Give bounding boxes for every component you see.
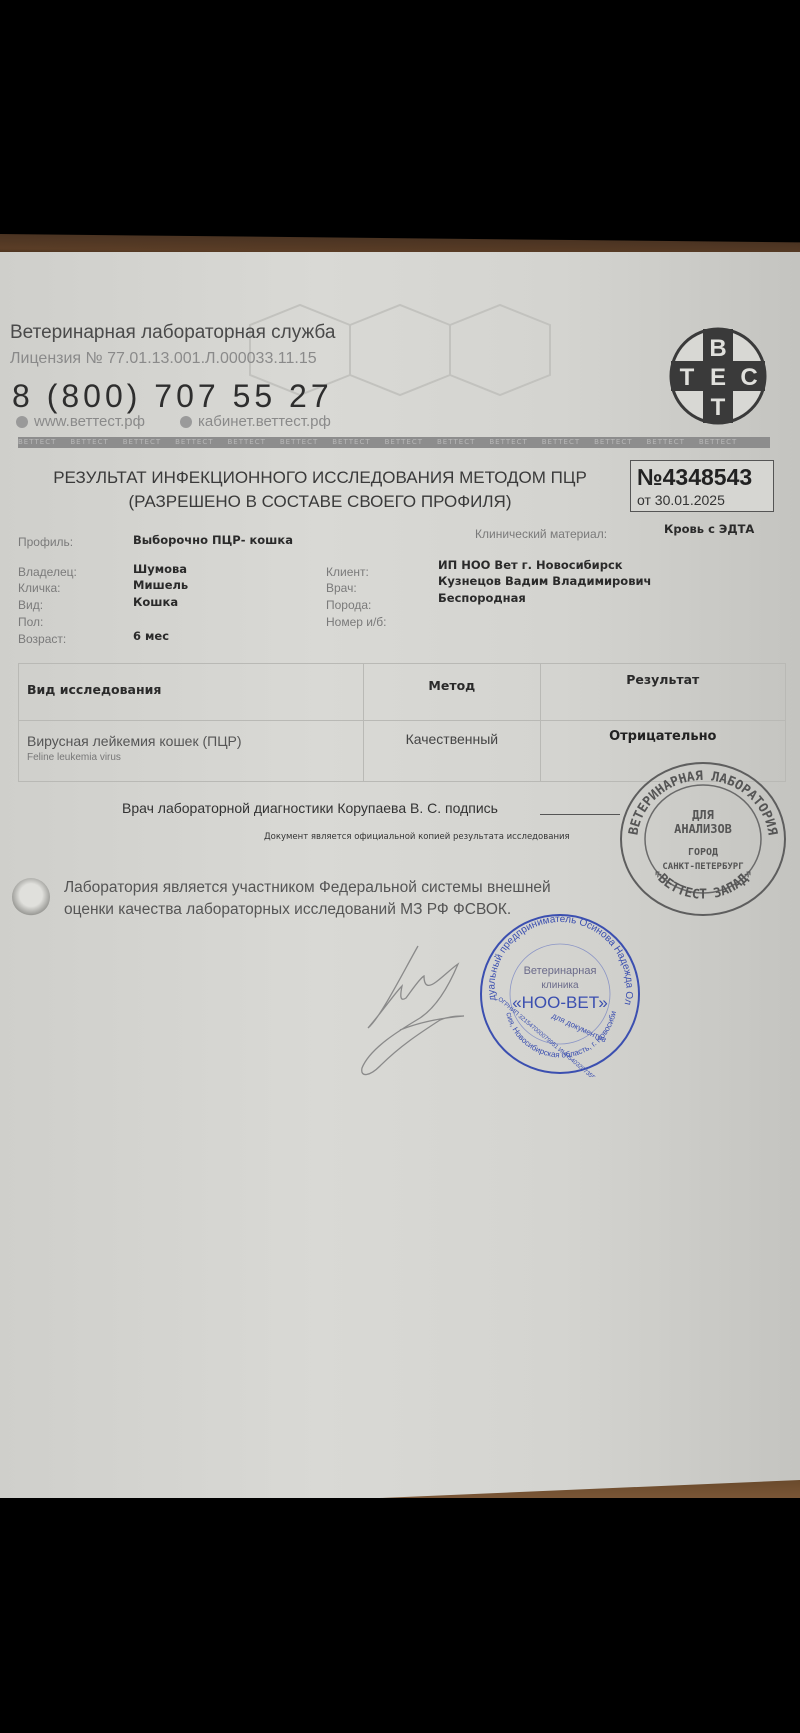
clinic-stamp: Индивидуальный предприниматель Осинова Н…	[478, 912, 643, 1077]
patient-field-value: Шумова	[133, 562, 187, 576]
banner-word: ВЕТТЕСТ	[385, 438, 423, 446]
patient-field-label: Вид:	[18, 598, 43, 612]
patient-field-label: Клиент:	[326, 565, 369, 579]
patient-field-label: Врач:	[326, 581, 357, 595]
official-copy-note: Документ является официальной копией рез…	[264, 832, 570, 842]
method-cell: Качественный	[364, 721, 540, 782]
website-text: www.веттест.рф	[34, 413, 145, 430]
material-label: Клинический материал:	[475, 527, 607, 541]
lab-stamp-center2: АНАЛИЗОВ	[674, 822, 732, 836]
patient-field-label: Пол:	[18, 615, 43, 629]
banner-word: ВЕТТЕСТ	[699, 438, 737, 446]
patient-field-value: 6 мес	[133, 629, 169, 643]
signature-line	[540, 814, 620, 815]
website-link[interactable]: www.веттест.рф	[16, 413, 145, 430]
report-number: №4348543	[637, 464, 752, 491]
patient-field-value: Кошка	[133, 595, 178, 609]
study-cell: Вирусная лейкемия кошек (ПЦР) Feline leu…	[19, 721, 364, 782]
banner-word: ВЕТТЕСТ	[123, 438, 161, 446]
patient-field-label: Номер и/б:	[326, 615, 387, 629]
report-number-box: №4348543 от 30.01.2025	[630, 460, 774, 512]
report-date: от 30.01.2025	[637, 492, 725, 508]
header-result: Результат	[540, 664, 785, 721]
study-name-en: Feline leukemia virus	[27, 752, 363, 763]
logo-letter-left: Т	[680, 364, 695, 391]
banner-word: ВЕТТЕСТ	[647, 438, 685, 446]
cabinet-text: кабинет.веттест.рф	[198, 413, 331, 430]
banner-word: ВЕТТЕСТ	[489, 438, 527, 446]
globe-icon	[180, 416, 192, 428]
table-header-row: Вид исследования Метод Результат	[19, 664, 786, 721]
banner-word: ВЕТТЕСТ	[70, 438, 108, 446]
patient-field-value: Мишель	[133, 578, 188, 592]
lab-service-title: Ветеринарная лабораторная служба	[10, 322, 335, 344]
clinic-stamp-center1: Ветеринарная	[524, 965, 597, 977]
patient-field-label: Возраст:	[18, 632, 66, 646]
patient-field-label: Порода:	[326, 598, 371, 612]
banner-word: ВЕТТЕСТ	[332, 438, 370, 446]
banner-word: ВЕТТЕСТ	[175, 438, 213, 446]
logo-letter-right: С	[740, 364, 757, 391]
clinic-stamp-center3: «НОО-ВЕТ»	[512, 993, 608, 1012]
lab-stamp-center1: ДЛЯ	[692, 808, 714, 822]
handwritten-signature	[340, 938, 470, 1083]
clinic-stamp-center2: клиника	[541, 980, 579, 991]
logo-letter-center: Е	[710, 364, 726, 391]
banner-word: ВЕТТЕСТ	[18, 438, 56, 446]
report-title-line2: (РАЗРЕШЕНО В СОСТАВЕ СВОЕГО ПРОФИЛЯ)	[40, 490, 600, 514]
lab-stamp: ВЕТЕРИНАРНАЯ ЛАБОРАТОРИЯ «ВЕТТЕСТ ЗАПАД»…	[615, 757, 790, 919]
banner-word: ВЕТТЕСТ	[280, 438, 318, 446]
report-title: РЕЗУЛЬТАТ ИНФЕКЦИОННОГО ИССЛЕДОВАНИЯ МЕТ…	[40, 466, 600, 514]
logo-letter-bottom: Т	[711, 394, 726, 421]
patient-field-value: Беспородная	[438, 591, 526, 605]
clinic-stamp-ring-outer: Индивидуальный предприниматель Осинова Н…	[478, 912, 635, 1006]
banner-word: ВЕТТЕСТ	[542, 438, 580, 446]
brand-banner: ВЕТТЕСТВЕТТЕСТВЕТТЕСТВЕТТЕСТВЕТТЕСТВЕТТЕ…	[18, 437, 770, 448]
patient-field-value: Кузнецов Вадим Владимирович	[438, 574, 651, 588]
lab-doctor-signature-text: Врач лабораторной диагностики Корупаева …	[122, 800, 498, 816]
lab-stamp-center3: ГОРОД	[688, 847, 718, 858]
profile-label: Профиль:	[18, 535, 73, 549]
header-method: Метод	[364, 664, 540, 721]
banner-word: ВЕТТЕСТ	[594, 438, 632, 446]
fsvok-logo-icon	[12, 878, 50, 916]
patient-field-label: Владелец:	[18, 565, 77, 579]
study-name: Вирусная лейкемия кошек (ПЦР)	[27, 733, 363, 749]
banner-word: ВЕТТЕСТ	[228, 438, 266, 446]
logo-letter-top: В	[709, 335, 726, 362]
vettest-logo: В Т Е С Т	[668, 326, 768, 426]
globe-icon	[16, 416, 28, 428]
patient-field-label: Кличка:	[18, 581, 60, 595]
svg-text:Индивидуальный предприниматель: Индивидуальный предприниматель Осинова Н…	[478, 912, 635, 1006]
patient-field-value: ИП НОО Вет г. Новосибирск	[438, 558, 623, 572]
cabinet-link[interactable]: кабинет.веттест.рф	[180, 413, 331, 430]
profile-value: Выборочно ПЦР- кошка	[133, 533, 293, 547]
fsvok-line1: Лаборатория является участником Федераль…	[64, 877, 551, 899]
material-value: Кровь с ЭДТА	[664, 522, 754, 536]
phone-number: 8 (800) 707 55 27	[12, 378, 333, 415]
banner-word: ВЕТТЕСТ	[437, 438, 475, 446]
license-number: Лицензия № 77.01.13.001.Л.000033.11.15	[10, 350, 317, 368]
clinic-stamp-center4: для документов	[550, 1011, 607, 1044]
header-study: Вид исследования	[19, 664, 364, 721]
lab-stamp-center4: САНКТ-ПЕТЕРБУРГ	[662, 862, 743, 872]
report-title-line1: РЕЗУЛЬТАТ ИНФЕКЦИОННОГО ИССЛЕДОВАНИЯ МЕТ…	[40, 466, 600, 490]
